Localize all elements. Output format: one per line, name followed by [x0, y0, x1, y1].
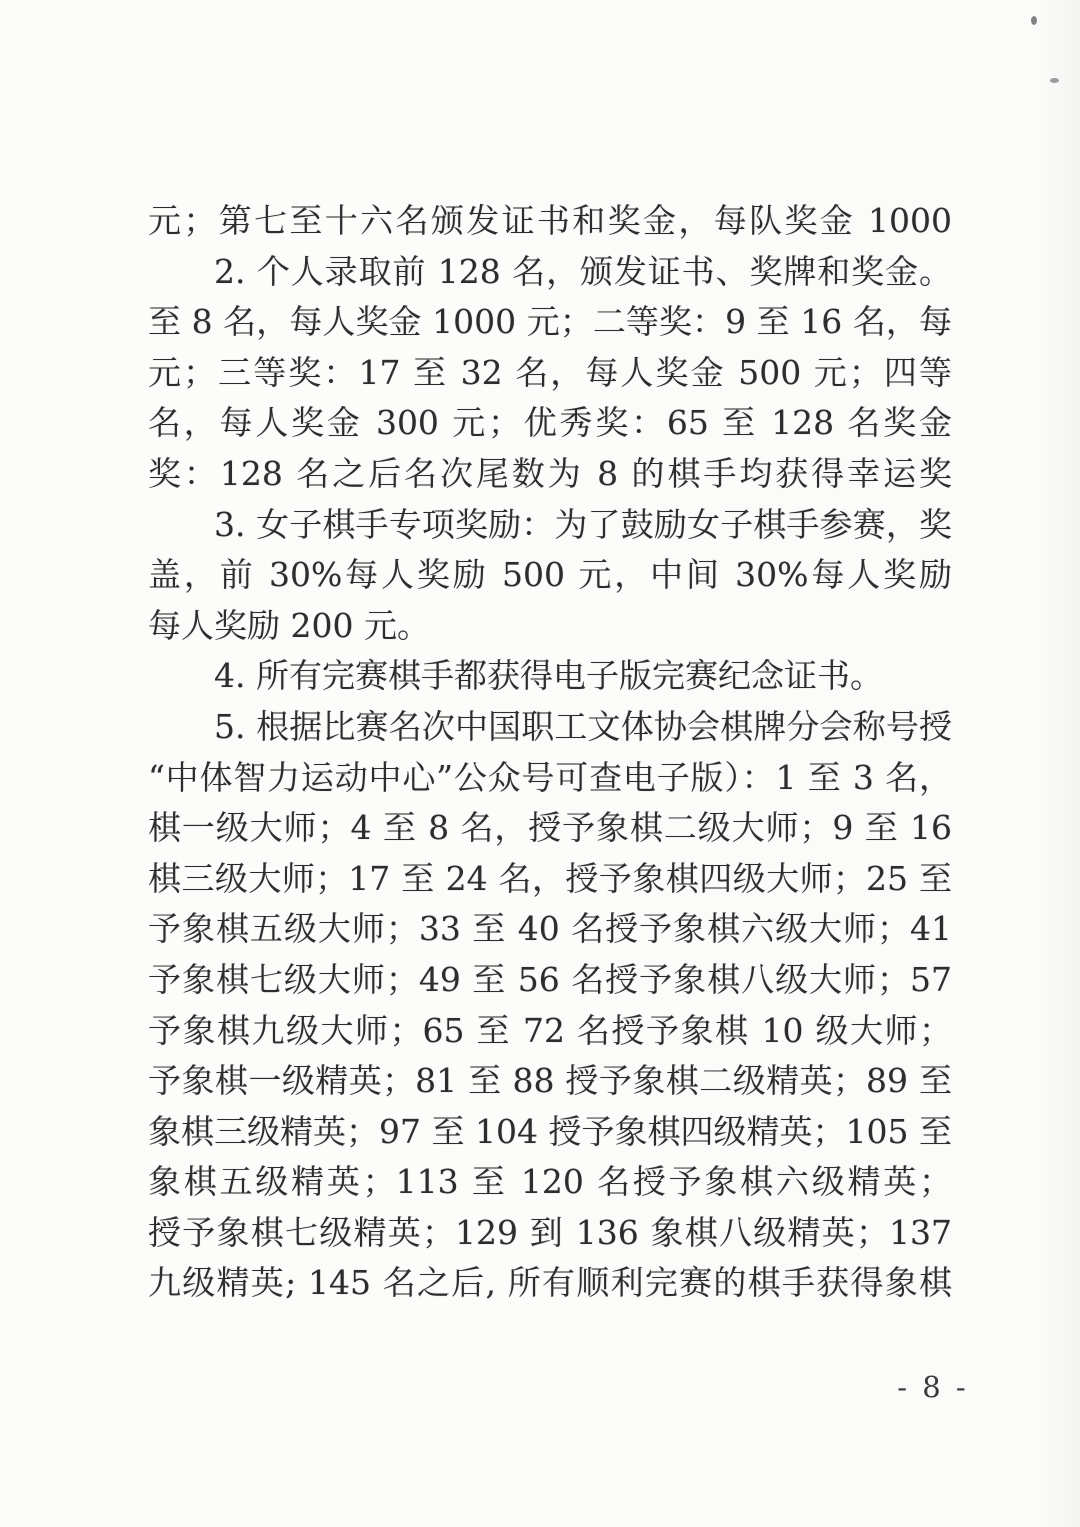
text-line: 授予象棋七级精英；129 到 136 象棋八级精英；137 到 144 象棋	[148, 1208, 952, 1259]
text-line: 予象棋七级大师；49 至 56 名授予象棋八级大师；57 至 64 名授	[148, 955, 952, 1006]
page-number: - 8 -	[878, 1370, 988, 1404]
text-line: 予象棋九级大师；65 至 72 名授予象棋 10 级大师；73 至 80 名授	[148, 1006, 952, 1057]
text-line: 2. 个人录取前 128 名，颁发证书、奖牌和奖金。一等奖：1	[148, 247, 952, 298]
text-line: 每人奖励 200 元。	[148, 601, 952, 652]
text-line: 九级精英; 145 名之后, 所有顺利完赛的棋手获得象棋十级精英。	[148, 1258, 952, 1309]
text-line: 象棋五级精英；113 至 120 名授予象棋六级精英；121 至 128 名	[148, 1157, 952, 1208]
text-line: 予象棋一级精英；81 至 88 授予象棋二级精英；89 至 96 名授予	[148, 1056, 952, 1107]
scan-speck-icon	[1031, 16, 1037, 25]
text-line: 元；第七至十六名颁发证书和奖金，每队奖金 1000 元。	[148, 196, 952, 247]
text-line: 4. 所有完赛棋手都获得电子版完赛纪念证书。	[148, 651, 952, 702]
text-line: 3. 女子棋手专项奖励：为了鼓励女子棋手参赛，奖励面全覆	[148, 500, 952, 551]
text-line: “中体智力运动中心”公众号可查电子版）：1 至 3 名，授予象	[148, 753, 952, 804]
scan-speck-icon	[1050, 78, 1059, 83]
text-line: 棋一级大师；4 至 8 名，授予象棋二级大师；9 至 16 名，授予象	[148, 803, 952, 854]
text-line: 5. 根据比赛名次中国职工文体协会棋牌分会称号授予（在	[148, 702, 952, 753]
text-line: 盖，前 30%每人奖励 500 元，中间 30%每人奖励 300 元，剩余 40…	[148, 550, 952, 601]
text-line: 奖：128 名之后名次尾数为 8 的棋手均获得幸运奖 200 元。	[148, 449, 952, 500]
text-line: 元；三等奖：17 至 32 名，每人奖金 500 元；四等奖：33 至 64	[148, 348, 952, 399]
document-page: 元；第七至十六名颁发证书和奖金，每队奖金 1000 元。2. 个人录取前 128…	[0, 0, 1080, 1527]
text-line: 至 8 名，每人奖金 1000 元；二等奖：9 至 16 名，每人奖金 800	[148, 297, 952, 348]
text-line: 棋三级大师；17 至 24 名，授予象棋四级大师；25 至 32 名，授	[148, 854, 952, 905]
text-line: 名，每人奖金 300 元；优秀奖：65 至 128 名奖金 200 元；幸运	[148, 398, 952, 449]
body-text: 元；第七至十六名颁发证书和奖金，每队奖金 1000 元。2. 个人录取前 128…	[148, 196, 952, 1309]
text-line: 象棋三级精英；97 至 104 授予象棋四级精英；105 至 112 名授予	[148, 1107, 952, 1158]
text-line: 予象棋五级大师；33 至 40 名授予象棋六级大师；41 至 48 名授	[148, 904, 952, 955]
